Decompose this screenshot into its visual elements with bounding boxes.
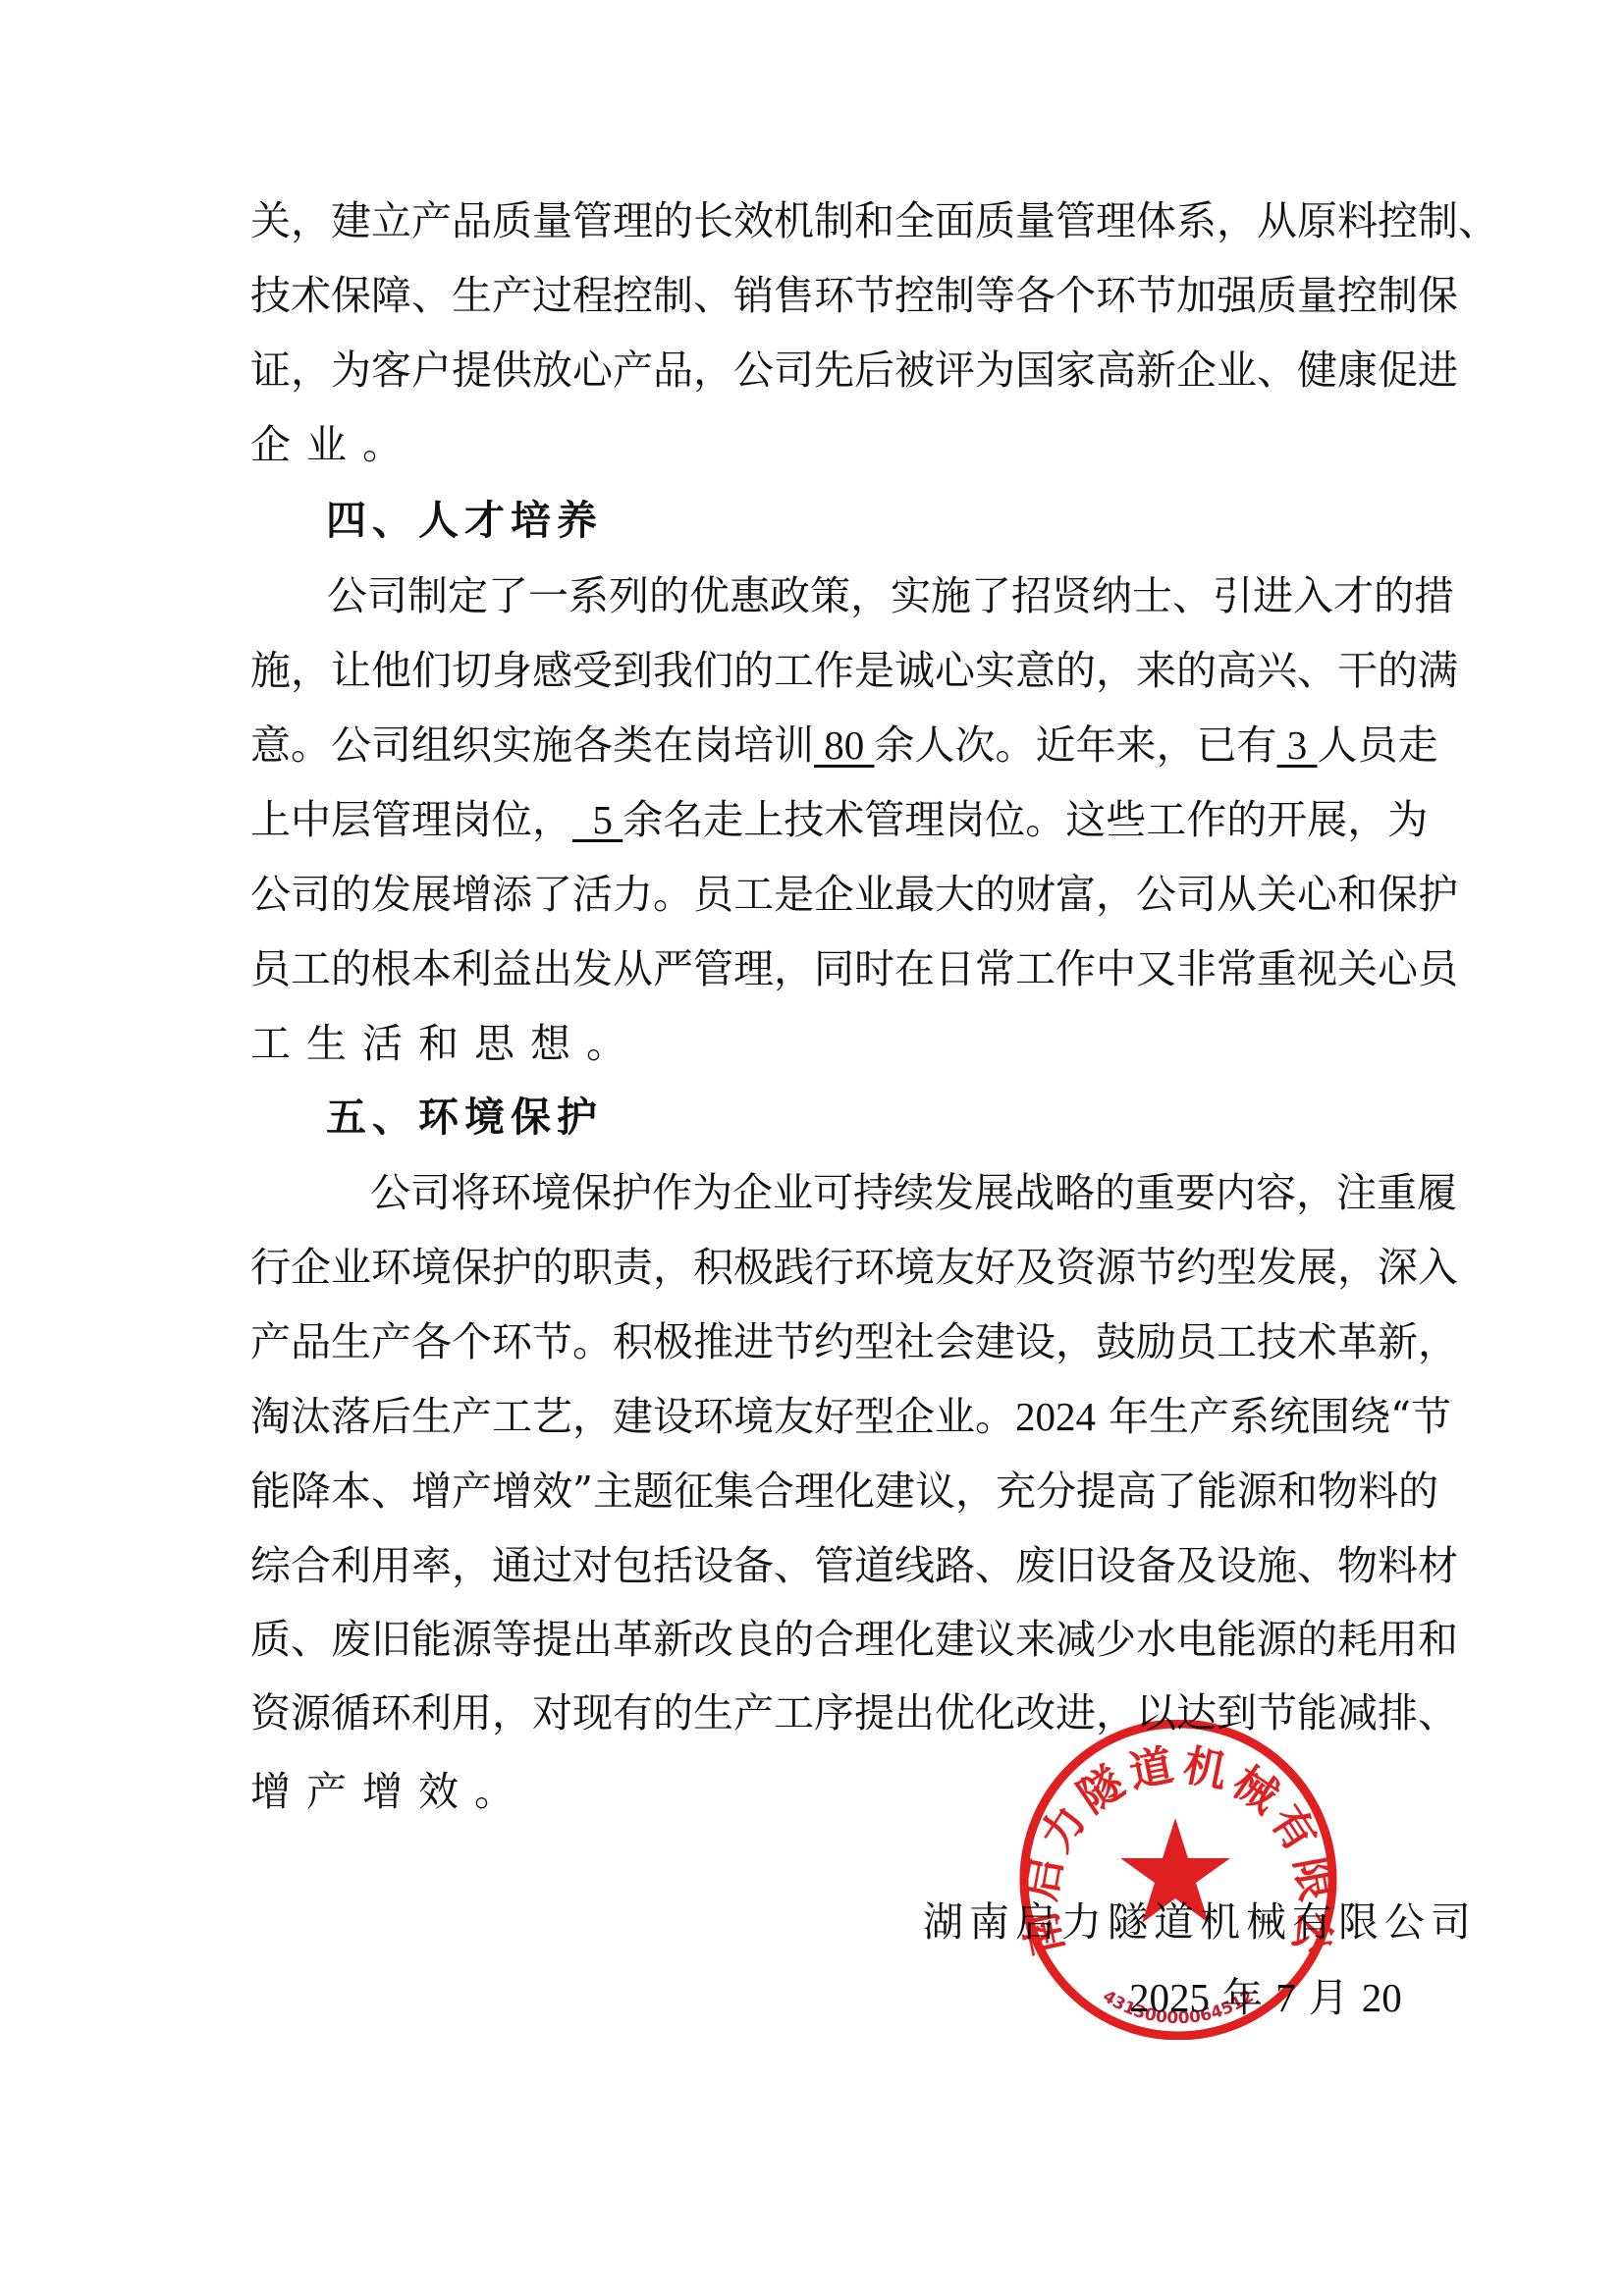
document-page: 关，建立产品质量管理的长效机制和全面质量管理体系，从原料控制、 技术保障、生产过… — [0, 0, 1624, 2296]
paragraph-line: 技术保障、生产过程控制、销售环节控制等各个环节加强质量控制保 — [250, 271, 1380, 320]
paragraph-line: 公司的发展增添了活力。员工是企业最大的财富，公司从关心和保护 — [250, 870, 1380, 919]
paragraph-line: 公司将环境保护作为企业可持续发展战略的重要内容，注重履 — [370, 1168, 1380, 1217]
year-value: 2024 — [1015, 1394, 1096, 1439]
training-count-value: 80 — [814, 722, 875, 768]
text-span: 意。公司组织实施各类在岗培训 — [250, 721, 814, 769]
paragraph-line: 淘汰落后生产工艺，建设环境友好型企业。2024 年生产系统围绕“节 — [250, 1392, 1380, 1441]
text-span: 人员走 — [1318, 721, 1438, 769]
text-span: 年生产系统围绕“节 — [1096, 1393, 1451, 1440]
text-span: 余人次。近年来，已有 — [875, 721, 1277, 769]
paragraph-line: 施，让他们切身感受到我们的工作是诚心实意的，来的高兴、干的满 — [250, 646, 1380, 695]
paragraph-line: 员工的根本利益出发从严管理，同时在日常工作中又非常重视关心员 — [250, 944, 1380, 993]
section-heading-environment: 五、环境保护 — [326, 1093, 603, 1142]
seal-graphic: 湖南启力隧道机械有限公司 43130000064512 — [1018, 1720, 1338, 2040]
text-span: 淘汰落后生产工艺，建设环境友好型企业。 — [250, 1393, 1015, 1440]
paragraph-line: 上中层管理岗位， 5 余名走上技术管理岗位。这些工作的开展，为 — [250, 795, 1380, 844]
paragraph-line: 意。公司组织实施各类在岗培训 80 余人次。近年来，已有 3 人员走 — [250, 721, 1380, 770]
paragraph-line: 公司制定了一系列的优惠政策，实施了招贤纳士、引进入才的措 — [327, 571, 1380, 620]
star-icon — [1120, 1818, 1230, 1923]
section-heading-talent: 四、人才培养 — [326, 496, 603, 545]
paragraph-line: 综合利用率，通过对包括设备、管道线路、废旧设备及设施、物料材 — [250, 1541, 1380, 1590]
middle-management-count-value: 3 — [1277, 722, 1318, 768]
text-span: 上中层管理岗位， — [250, 796, 572, 843]
paragraph-line: 能降本、增产增效”主题征集合理化建议，充分提高了能源和物料的 — [250, 1467, 1380, 1516]
date-day: 20 — [1362, 1975, 1402, 2020]
paragraph-line: 行企业环境保护的职责，积极践行环境友好及资源节约型发展，深入 — [250, 1243, 1380, 1292]
paragraph-line: 质、废旧能源等提出革新改良的合理化建议来减少水电能源的耗用和 — [250, 1615, 1380, 1664]
paragraph-line: 企业。 — [250, 420, 1380, 469]
paragraph-line: 证，为客户提供放心产品，公司先后被评为国家高新企业、健康促进 — [250, 346, 1380, 395]
paragraph-line: 工生活和思想。 — [250, 1019, 1380, 1068]
tech-management-count-value: 5 — [572, 797, 623, 842]
paragraph-line: 产品生产各个环节。积极推进节约型社会建设，鼓励员工技术革新， — [250, 1317, 1380, 1366]
paragraph-line: 关，建立产品质量管理的长效机制和全面质量管理体系，从原料控制、 — [250, 196, 1380, 245]
company-seal: 湖南启力隧道机械有限公司 43130000064512 — [1018, 1720, 1338, 2040]
text-span: 余名走上技术管理岗位。这些工作的开展，为 — [623, 796, 1428, 843]
